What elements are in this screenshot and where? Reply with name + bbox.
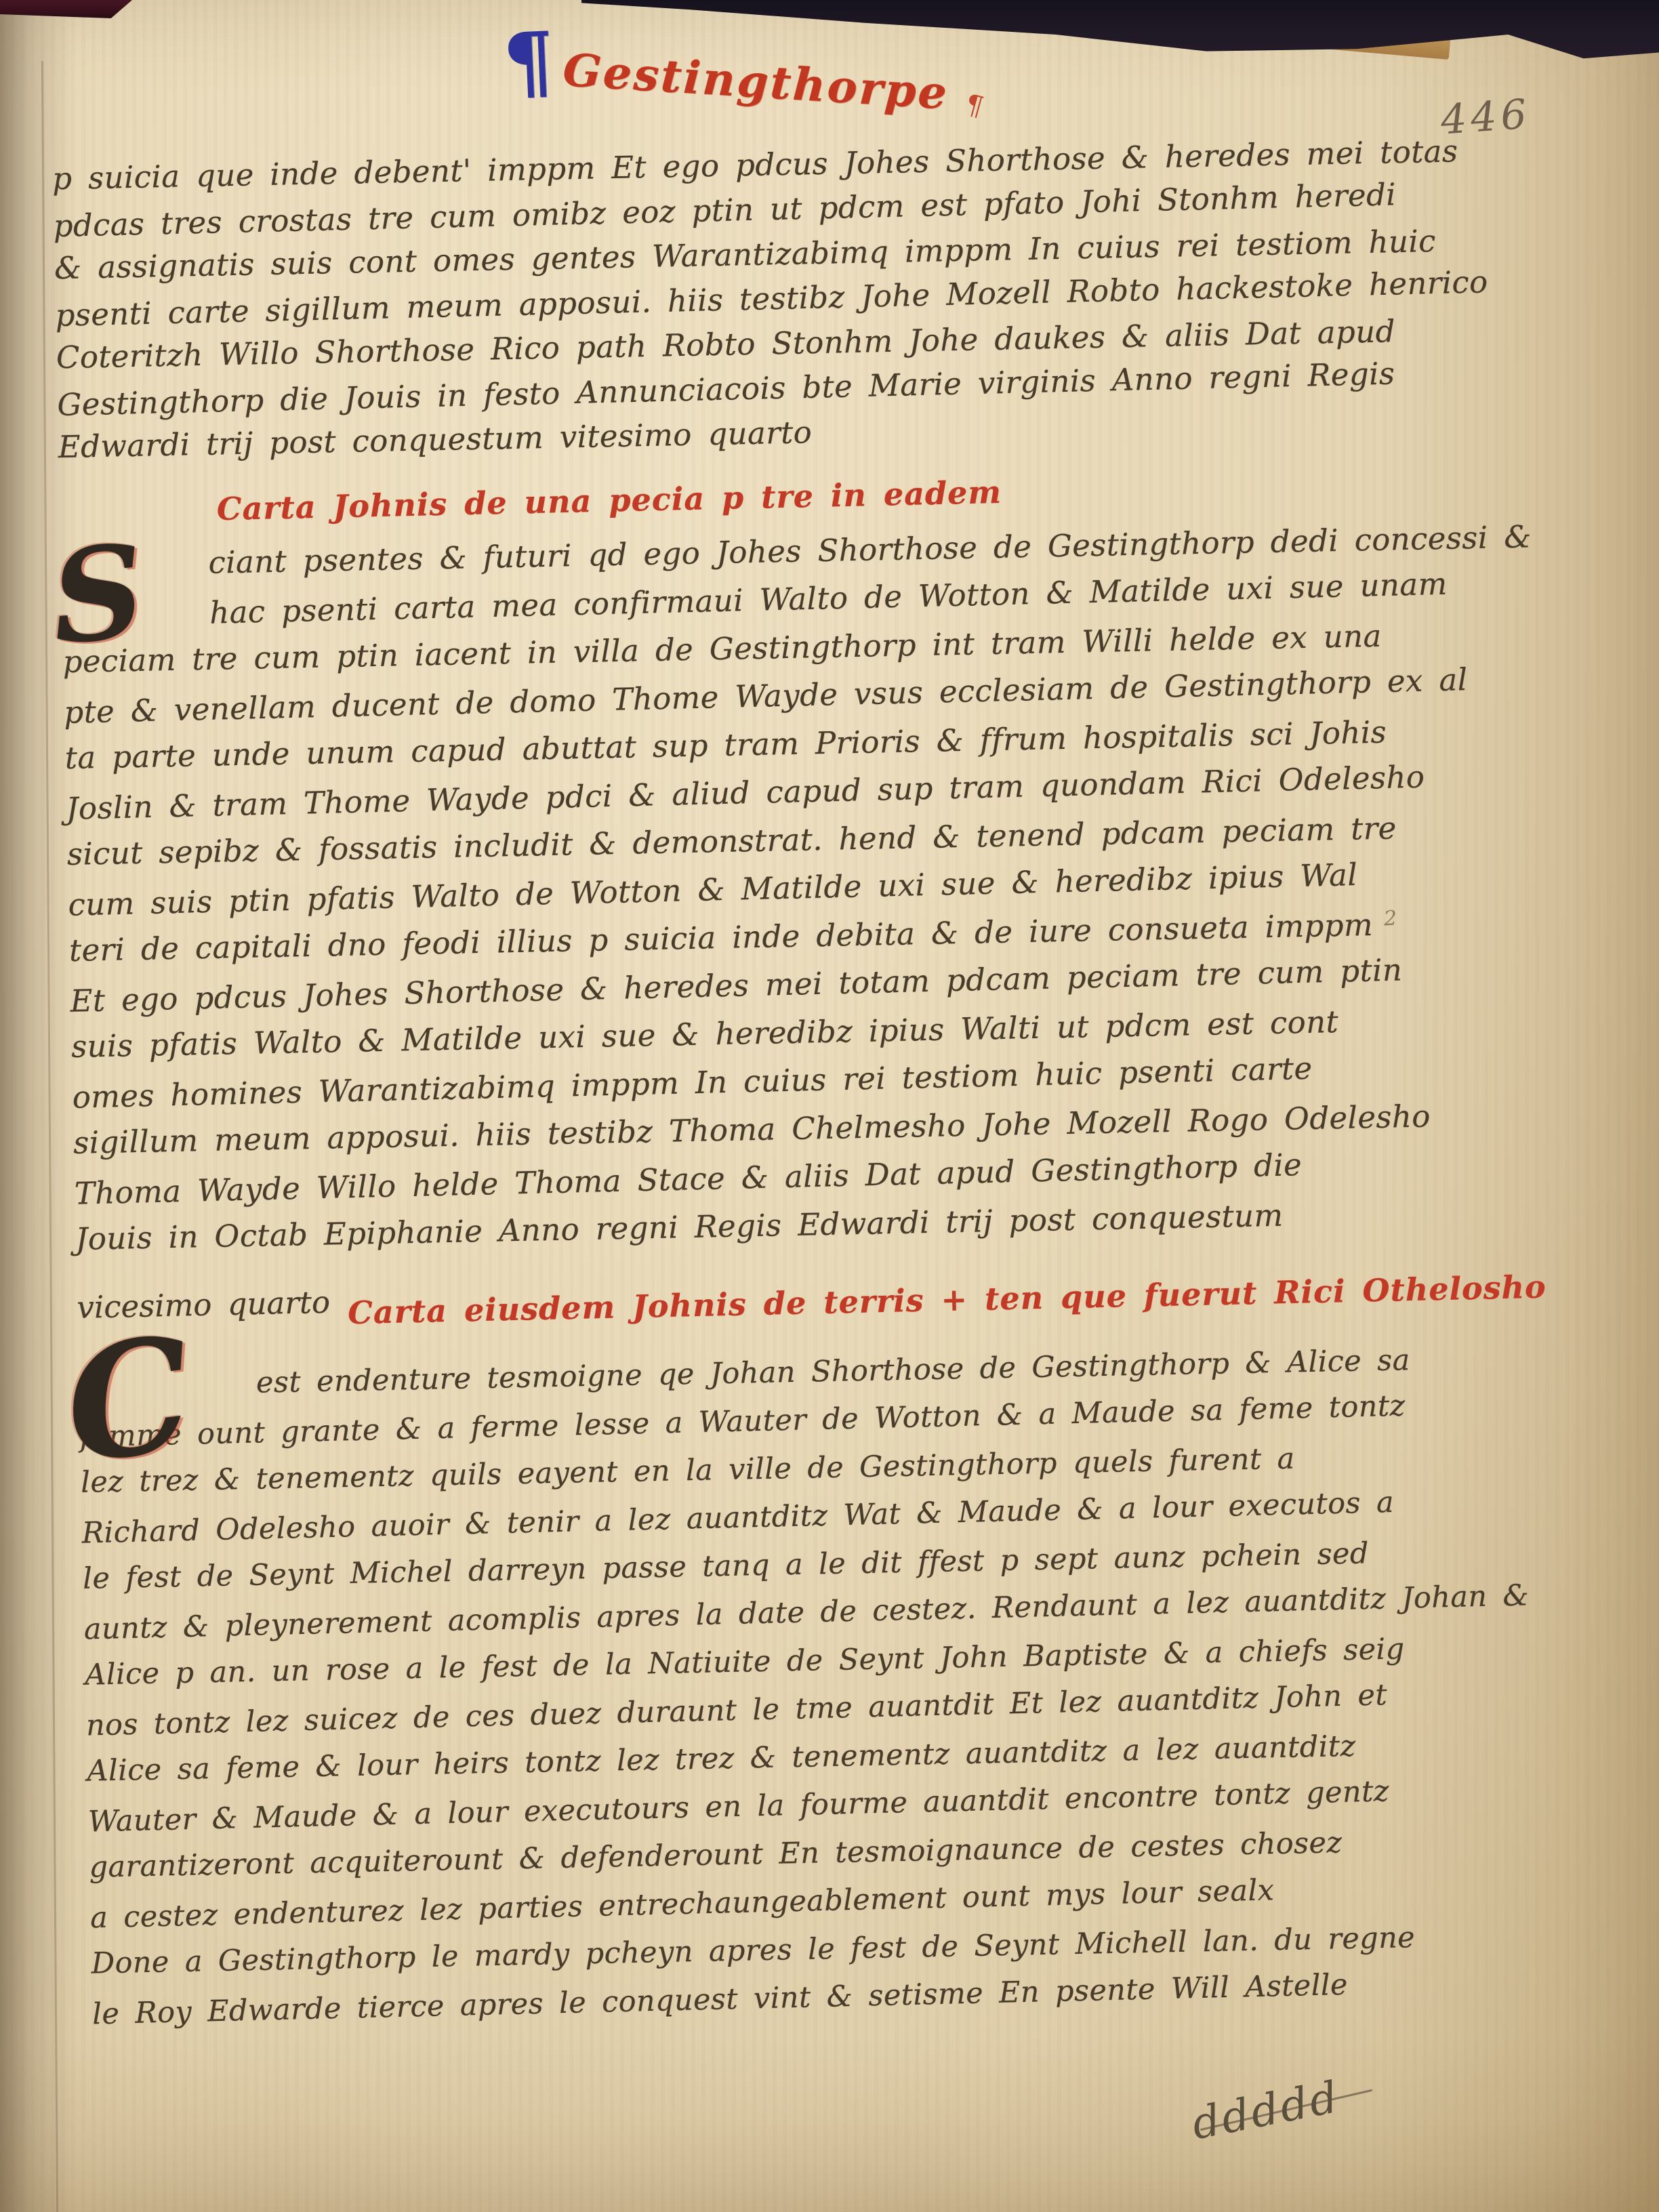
charter-2: ciant psentes & futuri qd ego Johes Shor… xyxy=(60,514,1421,1265)
charter-1-continuation: p suicia que inde debent' imppm Et ego p… xyxy=(52,129,1404,471)
decorated-initial-c: C xyxy=(58,1315,201,1486)
text-column: p suicia que inde debent' imppm Et ego p… xyxy=(48,0,1441,2212)
charter-3: est endenture tesmoigne qe Johan Shortho… xyxy=(78,1335,1437,2038)
heading-title: Gestingthorpe xyxy=(562,47,950,116)
rubric-2-row: vicesimo quartoCarta eiusdem Johnis de t… xyxy=(77,1258,1547,1326)
rubric-1-text: Carta Johnis de una pecia p tre in eadem xyxy=(59,474,1002,531)
paraph-mark-icon: ¶ xyxy=(501,21,556,103)
margin-quire-mark: 2 xyxy=(1383,907,1397,931)
rubric-2-text: Carta eiusdem Johnis de terris + ten que… xyxy=(348,1269,1547,1332)
manuscript-photo: { "page": { "folio_number": "446", "head… xyxy=(0,0,1659,2212)
folio-number: 446 xyxy=(1439,90,1532,144)
decorated-initial-s: S xyxy=(46,527,149,663)
rubric-1-row: Carta Johnis de una pecia p tre in eadem xyxy=(59,474,1002,531)
